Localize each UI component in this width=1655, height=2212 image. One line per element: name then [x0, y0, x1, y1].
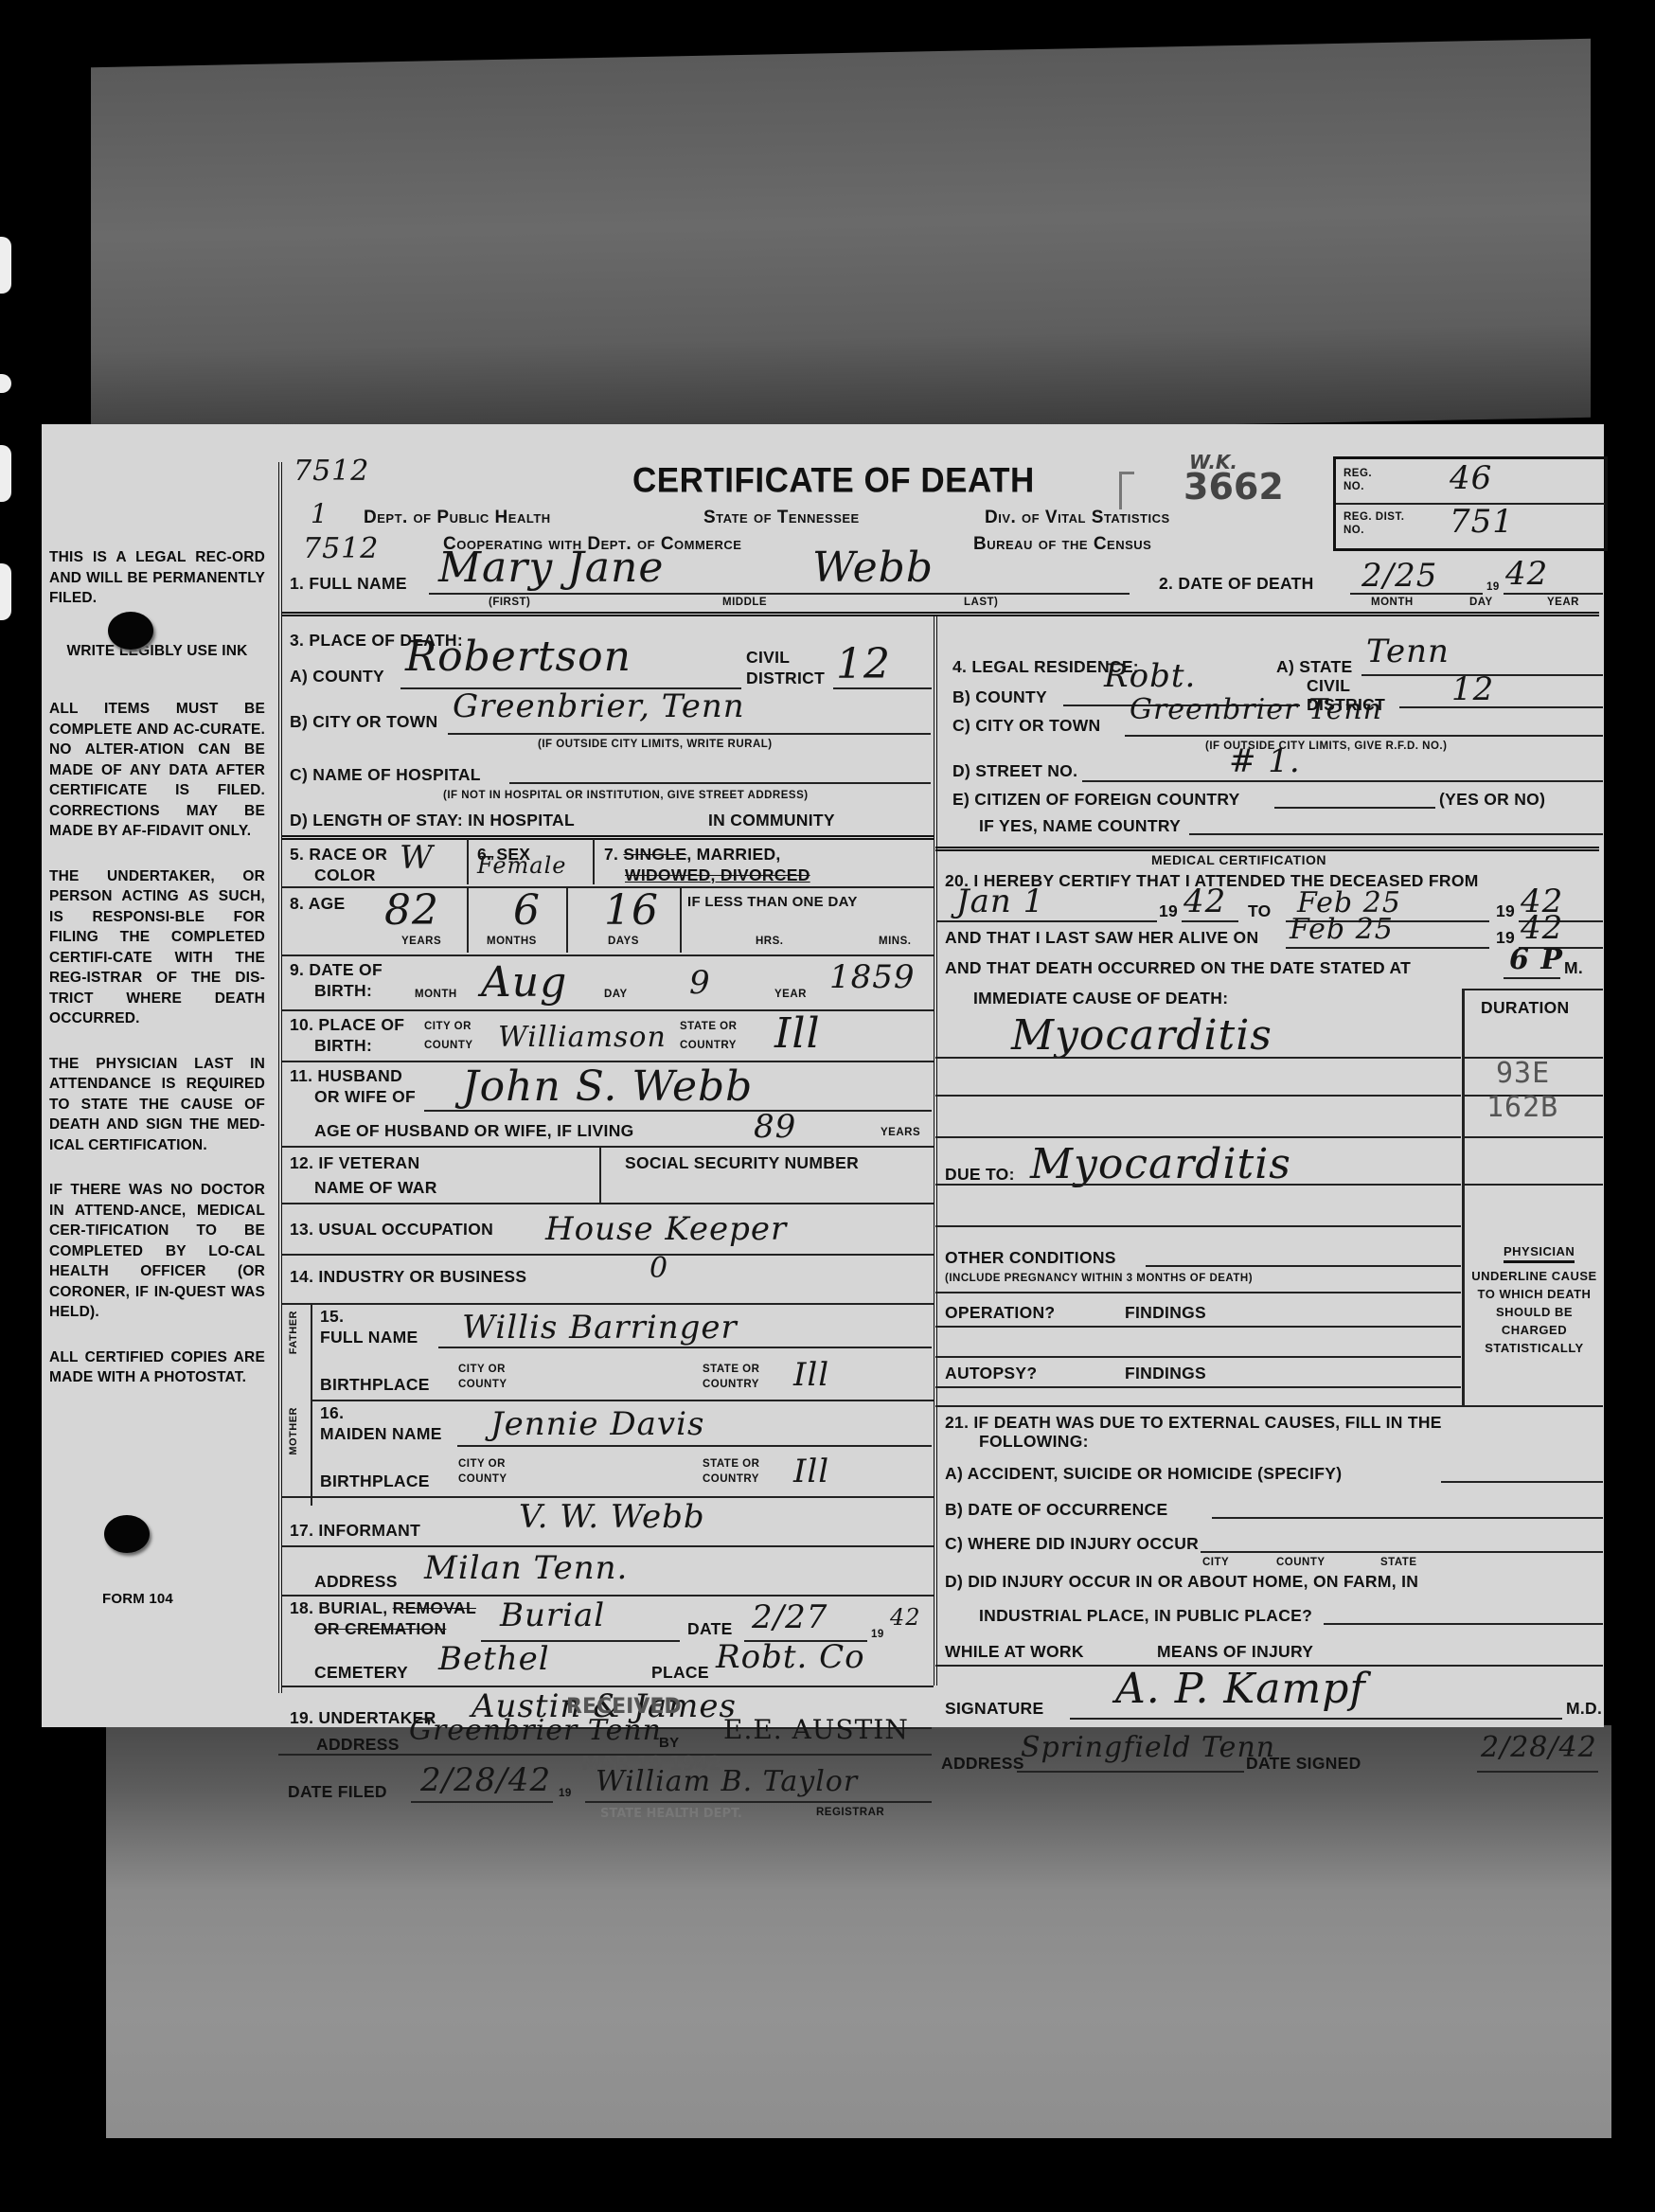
operation-label: OPERATION? — [945, 1303, 1055, 1323]
father-country-label: COUNTRY — [703, 1379, 759, 1390]
cause-label: IMMEDIATE CAUSE OF DEATH: — [973, 989, 1228, 1008]
last-saw-label: AND THAT I LAST SAW HER ALIVE ON — [945, 928, 1258, 948]
to-year-prefix: 19 — [1496, 901, 1515, 921]
death-occurred-label: AND THAT DEATH OCCURRED ON THE DATE STAT… — [945, 958, 1411, 978]
father-num: 15. — [320, 1307, 344, 1327]
burial-removal: REMOVAL — [393, 1598, 476, 1617]
county-value[interactable]: Robertson — [405, 633, 632, 681]
operation-findings-label: FINDINGS — [1125, 1303, 1206, 1323]
years-label: YEARS — [401, 936, 441, 947]
physician-underline-note: UNDERLINE CAUSE TO WHICH DEATH SHOULD BE… — [1466, 1267, 1603, 1357]
marital-single: SINGLE — [623, 845, 686, 864]
instructions-column: THIS IS A LEGAL REC-ORD AND WILL BE PERM… — [42, 424, 275, 1727]
street-value[interactable]: # 1. — [1229, 742, 1301, 780]
age-label: 8. AGE — [290, 894, 346, 914]
country-label: IF YES, NAME COUNTRY — [979, 816, 1181, 836]
date-filed-label: DATE FILED — [288, 1782, 387, 1802]
father-birth-state[interactable]: Ill — [793, 1356, 829, 1394]
dob-year-label: YEAR — [774, 989, 807, 1000]
attended-from-year[interactable]: 42 — [1183, 883, 1226, 920]
mother-name-label: MAIDEN NAME — [320, 1424, 442, 1444]
hospital-label: C) NAME OF HOSPITAL — [290, 765, 481, 785]
father-name-value[interactable]: Willis Barringer — [462, 1309, 738, 1347]
father-name-label: FULL NAME — [320, 1328, 418, 1347]
date-filed-value[interactable]: 2/28/42 — [420, 1761, 551, 1799]
mother-side-label: MOTHER — [288, 1407, 299, 1455]
cemetery-label: CEMETERY — [314, 1663, 408, 1683]
dob-birth-label: BIRTH: — [314, 981, 372, 1001]
cemetery-place-label: PLACE — [651, 1663, 709, 1683]
occupation-label: 13. USUAL OCCUPATION — [290, 1220, 493, 1240]
punch-hole — [108, 612, 153, 650]
city-value[interactable]: Greenbrier, Tenn — [453, 687, 745, 725]
months-label: MONTHS — [487, 936, 537, 947]
date-of-death-year[interactable]: 42 — [1505, 555, 1548, 593]
age-days[interactable]: 16 — [604, 886, 659, 935]
ssn-label: SOCIAL SECURITY NUMBER — [625, 1153, 859, 1173]
sub-day: DAY — [1469, 597, 1493, 608]
mother-birthplace-label: BIRTHPLACE — [320, 1472, 430, 1491]
duration-2[interactable]: 162B — [1486, 1091, 1558, 1124]
external-d-label-2: INDUSTRIAL PLACE, IN PUBLIC PLACE? — [979, 1606, 1312, 1626]
death-time[interactable]: 6 P — [1509, 943, 1563, 976]
informant-label: 17. INFORMANT — [290, 1521, 420, 1541]
date-signed-value[interactable]: 2/28/42 — [1481, 1731, 1597, 1764]
marital-married: , MARRIED, — [686, 845, 780, 864]
due-to-label: DUE TO: — [945, 1165, 1015, 1185]
burial-year-value[interactable]: 42 — [890, 1604, 921, 1631]
name-sub-middle: MIDDLE — [722, 597, 767, 608]
physician-signature[interactable]: A. P. Kampf — [1115, 1665, 1366, 1713]
no-doctor-note: IF THERE WAS NO DOCTOR IN ATTEND-ANCE, M… — [49, 1180, 265, 1323]
reg-no-label: REG. NO. — [1344, 467, 1391, 493]
mother-state-or-label: STATE OR — [703, 1458, 759, 1470]
health-dept-stamp: STATE HEALTH DEPT. — [600, 1807, 742, 1821]
spouse-age-unit: YEARS — [881, 1127, 920, 1138]
name-sub-last: LAST) — [964, 597, 998, 608]
film-sprocket-hole — [0, 237, 11, 294]
industry-label: 14. INDUSTRY OR BUSINESS — [290, 1267, 526, 1287]
color-label: COLOR — [314, 865, 376, 885]
mother-city-or-label: CITY OR — [458, 1458, 506, 1470]
hrs-label: HRS. — [756, 936, 783, 947]
res-state-value[interactable]: Tenn — [1366, 633, 1450, 670]
form-number: FORM 104 — [102, 1589, 173, 1610]
spouse-age-value[interactable]: 89 — [754, 1108, 796, 1146]
date-of-death[interactable]: 2/25 — [1361, 557, 1437, 595]
informant-address-label: ADDRESS — [314, 1572, 398, 1592]
veteran-label: 12. IF VETERAN — [290, 1153, 419, 1173]
margin-note: 7512 — [294, 455, 369, 488]
stay-community-label: IN COMMUNITY — [708, 811, 835, 830]
hospital-note: (IF NOT IN HOSPITAL OR INSTITUTION, GIVE… — [443, 790, 809, 801]
external-county-label: COUNTY — [1276, 1557, 1326, 1568]
name-sub-first: (FIRST) — [489, 597, 530, 608]
due-to-value[interactable]: Myocarditis — [1030, 1140, 1291, 1188]
occupation-value[interactable]: House Keeper — [545, 1210, 787, 1248]
duration-1[interactable]: 93E — [1496, 1057, 1550, 1090]
spouse-label: 11. HUSBAND — [290, 1066, 402, 1086]
burial-value[interactable]: Burial — [500, 1597, 605, 1634]
city-or-label: CITY OR — [424, 1021, 472, 1032]
res-city-label: C) CITY OR TOWN — [952, 716, 1101, 736]
mother-birth-state[interactable]: Ill — [793, 1453, 829, 1490]
undertaker-by-label: BY — [659, 1735, 679, 1751]
film-sprocket-hole — [0, 445, 11, 502]
sub-month: MONTH — [1371, 597, 1414, 608]
mins-label: MINS. — [879, 936, 911, 947]
death-certificate: THIS IS A LEGAL REC-ORD AND WILL BE PERM… — [42, 424, 1604, 1727]
physician-address-value[interactable]: Springfield Tenn — [1021, 1731, 1275, 1764]
father-birthplace-label: BIRTHPLACE — [320, 1375, 430, 1395]
date-of-death-label: 2. DATE OF DEATH — [1159, 574, 1314, 594]
sub-year: YEAR — [1547, 597, 1579, 608]
citizen-label: E) CITIZEN OF FOREIGN COUNTRY — [952, 790, 1240, 810]
div-vital-statistics: Div. of Vital Statistics — [985, 508, 1170, 528]
medical-certification-heading: MEDICAL CERTIFICATION — [1151, 852, 1326, 867]
full-name-first-middle[interactable]: Mary Jane — [438, 544, 664, 592]
undertaker-address-label: ADDRESS — [316, 1735, 400, 1755]
res-state-label: A) STATE — [1276, 657, 1353, 677]
physician-address-label: ADDRESS — [941, 1754, 1024, 1774]
external-a-label: A) ACCIDENT, SUICIDE OR HOMICIDE (SPECIF… — [945, 1464, 1342, 1484]
cemetery-place-value[interactable]: Robt. Co — [716, 1638, 865, 1676]
mother-country-label: COUNTRY — [703, 1473, 759, 1485]
form-body: 7512 1 7512 CERTIFICATE OF DEATH Dept. o… — [278, 462, 1599, 1693]
bureau-census: Bureau of the Census — [973, 534, 1151, 555]
from-year-prefix: 19 — [1159, 901, 1178, 921]
marital-label: 7. SINGLE, MARRIED, — [604, 845, 781, 865]
burial-date-label: DATE — [687, 1619, 733, 1639]
autopsy-label: AUTOPSY? — [945, 1364, 1037, 1383]
dob-label: 9. DATE OF — [290, 960, 383, 980]
spouse-value[interactable]: John S. Webb — [462, 1062, 753, 1111]
race-label: 5. RACE OR — [290, 845, 387, 865]
father-state-or-label: STATE OR — [703, 1364, 759, 1375]
res-civil-district-value[interactable]: 12 — [1451, 670, 1494, 708]
last-saw-date[interactable]: Feb 25 — [1290, 913, 1394, 946]
spouse-of-label: OR WIFE OF — [314, 1087, 416, 1107]
stamp-number: 3662 — [1183, 466, 1284, 508]
reg-no-value: 46 — [1450, 459, 1492, 497]
means-of-injury-label: MEANS OF INJURY — [1157, 1642, 1313, 1662]
external-causes-heading: 21. IF DEATH WAS DUE TO EXTERNAL CAUSES,… — [945, 1413, 1442, 1433]
photostat-note: ALL CERTIFIED COPIES ARE MADE WITH A PHO… — [49, 1347, 265, 1388]
informant-address-value[interactable]: Milan Tenn. — [424, 1549, 628, 1587]
last-saw-year[interactable]: 42 — [1521, 909, 1563, 947]
year-prefix: 19 — [1486, 581, 1500, 593]
film-sprocket-hole — [0, 563, 11, 620]
days-label: DAYS — [608, 936, 639, 947]
other-conditions-note: (INCLUDE PREGNANCY WITHIN 3 MONTHS OF DE… — [945, 1273, 1253, 1284]
full-name-last[interactable]: Webb — [812, 544, 934, 592]
all-items-note: ALL ITEMS MUST BE COMPLETE AND AC-CURATE… — [49, 699, 265, 842]
signature-label: SIGNATURE — [945, 1699, 1043, 1719]
reg-dist-label: REG. DIST. NO. — [1344, 510, 1419, 537]
age-years[interactable]: 82 — [384, 886, 439, 935]
spouse-age-label: AGE OF HUSBAND OR WIFE, IF LIVING — [314, 1121, 634, 1141]
immediate-cause-value[interactable]: Myocarditis — [1011, 1011, 1272, 1060]
mother-county-label: COUNTY — [458, 1473, 507, 1485]
certificate-title: CERTIFICATE OF DEATH — [632, 461, 1035, 501]
res-county-value[interactable]: Robt. — [1104, 657, 1196, 695]
external-state-label: STATE — [1380, 1557, 1417, 1568]
autopsy-findings-label: FINDINGS — [1125, 1364, 1206, 1383]
city-label: B) CITY OR TOWN — [290, 712, 438, 732]
registrar-signature[interactable]: William B. Taylor — [596, 1765, 858, 1798]
name-of-war-label: NAME OF WAR — [314, 1178, 437, 1198]
md-label: M.D. — [1566, 1699, 1602, 1719]
undertaker-by-name[interactable]: E.E. AUSTIN — [723, 1714, 909, 1745]
mother-name-value[interactable]: Jennie Davis — [490, 1405, 704, 1443]
duration-label: DURATION — [1481, 998, 1569, 1018]
registration-box: REG. NO. 46 REG. DIST. NO. 751 — [1333, 456, 1608, 551]
write-legibly-note: WRITE LEGIBLY USE INK — [49, 641, 265, 662]
external-c-label: C) WHERE DID INJURY OCCUR — [945, 1534, 1199, 1554]
dept-public-health: Dept. of Public Health — [364, 508, 551, 528]
dob-month-label: MONTH — [415, 989, 457, 1000]
citizen-yes-no: (YES OR NO) — [1439, 790, 1545, 810]
to-label: TO — [1248, 901, 1272, 921]
cemetery-value[interactable]: Bethel — [438, 1640, 550, 1678]
stamp-bracket — [1119, 472, 1134, 509]
father-county-label: COUNTY — [458, 1379, 507, 1390]
legal-record-note: THIS IS A LEGAL REC-ORD AND WILL BE PERM… — [49, 547, 265, 609]
pob-birth-label: BIRTH: — [314, 1036, 372, 1056]
pob-state[interactable]: Ill — [774, 1009, 821, 1058]
father-city-or-label: CITY OR — [458, 1364, 506, 1375]
burial-label: 18. BURIAL, REMOVAL — [290, 1598, 476, 1618]
less-than-day-label: IF LESS THAN ONE DAY — [687, 894, 858, 910]
physician-note-title: PHYSICIAN — [1504, 1244, 1575, 1263]
date-filed-19: 19 — [559, 1788, 572, 1799]
death-time-suffix: M. — [1564, 958, 1583, 978]
res-county-label: B) COUNTY — [952, 687, 1047, 707]
attended-from-date[interactable]: Jan 1 — [956, 883, 1044, 920]
age-months[interactable]: 6 — [513, 886, 541, 935]
date-signed-label: DATE SIGNED — [1246, 1754, 1361, 1774]
industry-value[interactable]: 0 — [650, 1252, 668, 1285]
while-at-work-label: WHILE AT WORK — [945, 1642, 1084, 1662]
dob-day[interactable]: 9 — [689, 964, 711, 1002]
county-sub-label: COUNTY — [424, 1040, 473, 1051]
dob-day-label: DAY — [604, 989, 628, 1000]
sex-value[interactable]: Female — [477, 852, 567, 879]
other-conditions-label: OTHER CONDITIONS — [945, 1248, 1116, 1268]
state-of-tennessee: State of Tennessee — [703, 508, 860, 528]
country-sub-label: COUNTRY — [680, 1040, 737, 1051]
punch-hole — [104, 1515, 150, 1553]
city-note: (IF OUTSIDE CITY LIMITS, WRITE RURAL) — [538, 739, 773, 750]
undertaker-address-value[interactable]: Greenbrier Tenn — [409, 1714, 662, 1747]
pob-city[interactable]: Williamson — [498, 1021, 667, 1054]
margin-note: 7512 — [303, 532, 379, 565]
marital-widowed-divorced: WIDOWED, DIVORCED — [625, 865, 810, 885]
burial-cremation: OR CREMATION — [314, 1619, 446, 1639]
pob-label: 10. PLACE OF — [290, 1015, 404, 1035]
stay-label: D) LENGTH OF STAY: IN HOSPITAL — [290, 811, 575, 830]
race-value[interactable]: W — [400, 839, 434, 877]
state-or-label: STATE OR — [680, 1021, 737, 1032]
film-sprocket-hole — [0, 374, 11, 393]
civil-label: CIVIL — [746, 648, 790, 668]
dob-month[interactable]: Aug — [481, 958, 567, 1007]
external-b-label: B) DATE OF OCCURRENCE — [945, 1500, 1167, 1520]
external-city-label: CITY — [1202, 1557, 1229, 1568]
dob-year[interactable]: 1859 — [829, 958, 916, 996]
street-label: D) STREET NO. — [952, 761, 1077, 781]
informant-value[interactable]: V. W. Webb — [519, 1498, 705, 1536]
father-side-label: FATHER — [288, 1311, 299, 1354]
burial-year-prefix: 19 — [871, 1629, 884, 1640]
full-name-label: 1. FULL NAME — [290, 574, 407, 594]
external-d-label: D) DID INJURY OCCUR IN OR ABOUT HOME, ON… — [945, 1572, 1418, 1592]
physician-note: THE PHYSICIAN LAST IN ATTENDANCE IS REQU… — [49, 1054, 265, 1156]
res-city-value[interactable]: Greenbrier Tenn — [1130, 693, 1382, 726]
undertaker-note: THE UNDERTAKER, OR PERSON ACTING AS SUCH… — [49, 866, 265, 1029]
civil-district-value[interactable]: 12 — [836, 640, 891, 688]
mother-num: 16. — [320, 1403, 344, 1423]
margin-note: 1 — [311, 498, 329, 529]
burial-date-value[interactable]: 2/27 — [752, 1598, 827, 1636]
registrar-label: REGISTRAR — [816, 1807, 884, 1818]
district-label: DISTRICT — [746, 669, 825, 688]
film-background-top — [91, 39, 1591, 446]
reg-dist-value: 751 — [1450, 503, 1514, 541]
county-label: A) COUNTY — [290, 667, 384, 687]
external-causes-following: FOLLOWING: — [979, 1432, 1089, 1452]
